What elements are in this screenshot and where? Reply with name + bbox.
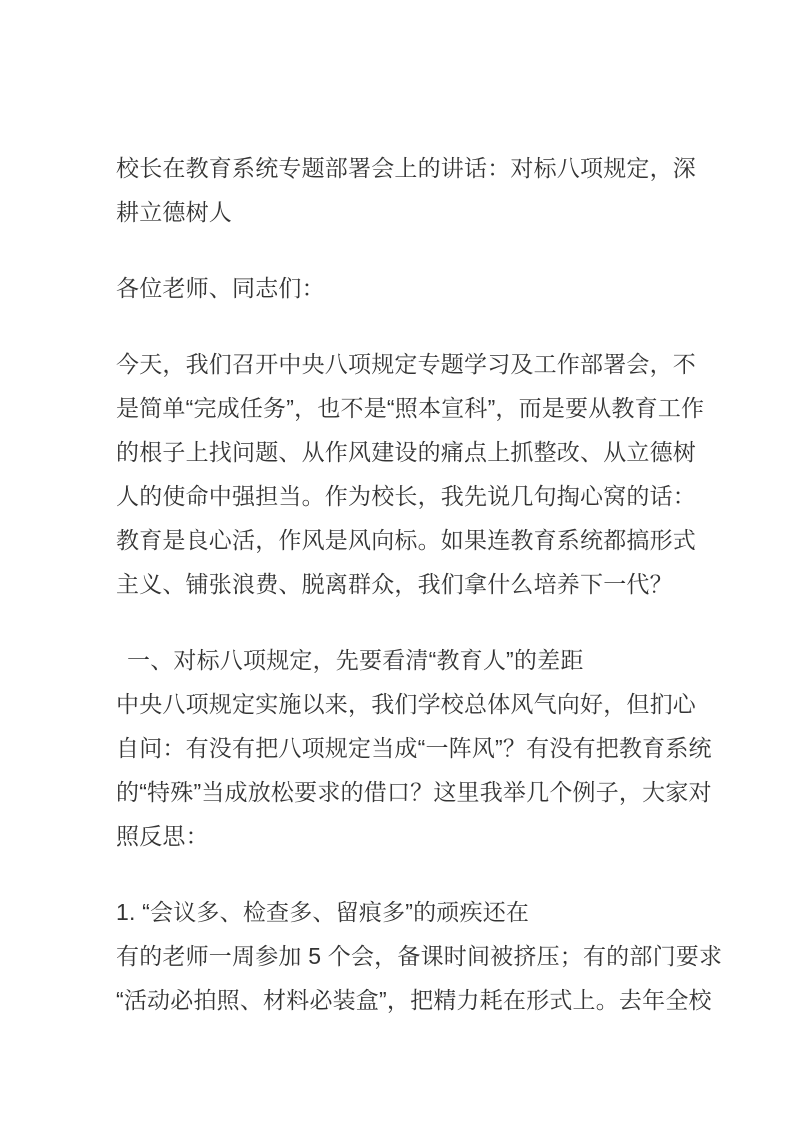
section-heading-line: 一、对标八项规定，先要看清“教育人”的差距 bbox=[116, 638, 693, 682]
paragraph-line: 人的使命中强担当。作为校长，我先说几句掏心窝的话： bbox=[116, 474, 693, 518]
paragraph-line: 的“特殊”当成放松要求的借口？这里我举几个例子，大家对 bbox=[116, 770, 693, 814]
opening-paragraph: 今天，我们召开中央八项规定专题学习及工作部署会，不 是简单“完成任务”，也不是“… bbox=[116, 342, 693, 606]
subpoint-heading-line: 1. “会议多、检查多、留痕多”的顽疾还在 bbox=[116, 890, 693, 934]
subpoint-1-paragraph: 有的老师一周参加 5 个会，备课时间被挤压；有的部门要求 “活动必拍照、材料必装… bbox=[116, 934, 693, 1022]
paragraph-line: 有的老师一周参加 5 个会，备课时间被挤压；有的部门要求 bbox=[116, 934, 693, 978]
paragraph-line: 中央八项规定实施以来，我们学校总体风气向好，但扪心 bbox=[116, 682, 693, 726]
title-line: 校长在教育系统专题部署会上的讲话：对标八项规定，深 bbox=[116, 146, 693, 190]
subpoint-1-heading: 1. “会议多、检查多、留痕多”的顽疾还在 bbox=[116, 890, 693, 934]
paragraph-line: 主义、铺张浪费、脱离群众，我们拿什么培养下一代？ bbox=[116, 562, 693, 606]
document-title: 校长在教育系统专题部署会上的讲话：对标八项规定，深 耕立德树人 bbox=[116, 146, 693, 234]
salutation: 各位老师、同志们： bbox=[116, 266, 693, 310]
paragraph-line: “活动必拍照、材料必装盒”，把精力耗在形式上。去年全校 bbox=[116, 978, 693, 1022]
document-page: 校长在教育系统专题部署会上的讲话：对标八项规定，深 耕立德树人 各位老师、同志们… bbox=[0, 0, 793, 1022]
salutation-line: 各位老师、同志们： bbox=[116, 266, 693, 310]
paragraph-line: 是简单“完成任务”，也不是“照本宣科”，而是要从教育工作 bbox=[116, 386, 693, 430]
paragraph-line: 照反思： bbox=[116, 814, 693, 858]
paragraph-line: 今天，我们召开中央八项规定专题学习及工作部署会，不 bbox=[116, 342, 693, 386]
section-1-paragraph: 中央八项规定实施以来，我们学校总体风气向好，但扪心 自问：有没有把八项规定当成“… bbox=[116, 682, 693, 858]
paragraph-line: 教育是良心活，作风是风向标。如果连教育系统都搞形式 bbox=[116, 518, 693, 562]
paragraph-line: 自问：有没有把八项规定当成“一阵风”？有没有把教育系统 bbox=[116, 726, 693, 770]
title-line: 耕立德树人 bbox=[116, 190, 693, 234]
paragraph-line: 的根子上找问题、从作风建设的痛点上抓整改、从立德树 bbox=[116, 430, 693, 474]
section-1-heading: 一、对标八项规定，先要看清“教育人”的差距 bbox=[116, 638, 693, 682]
